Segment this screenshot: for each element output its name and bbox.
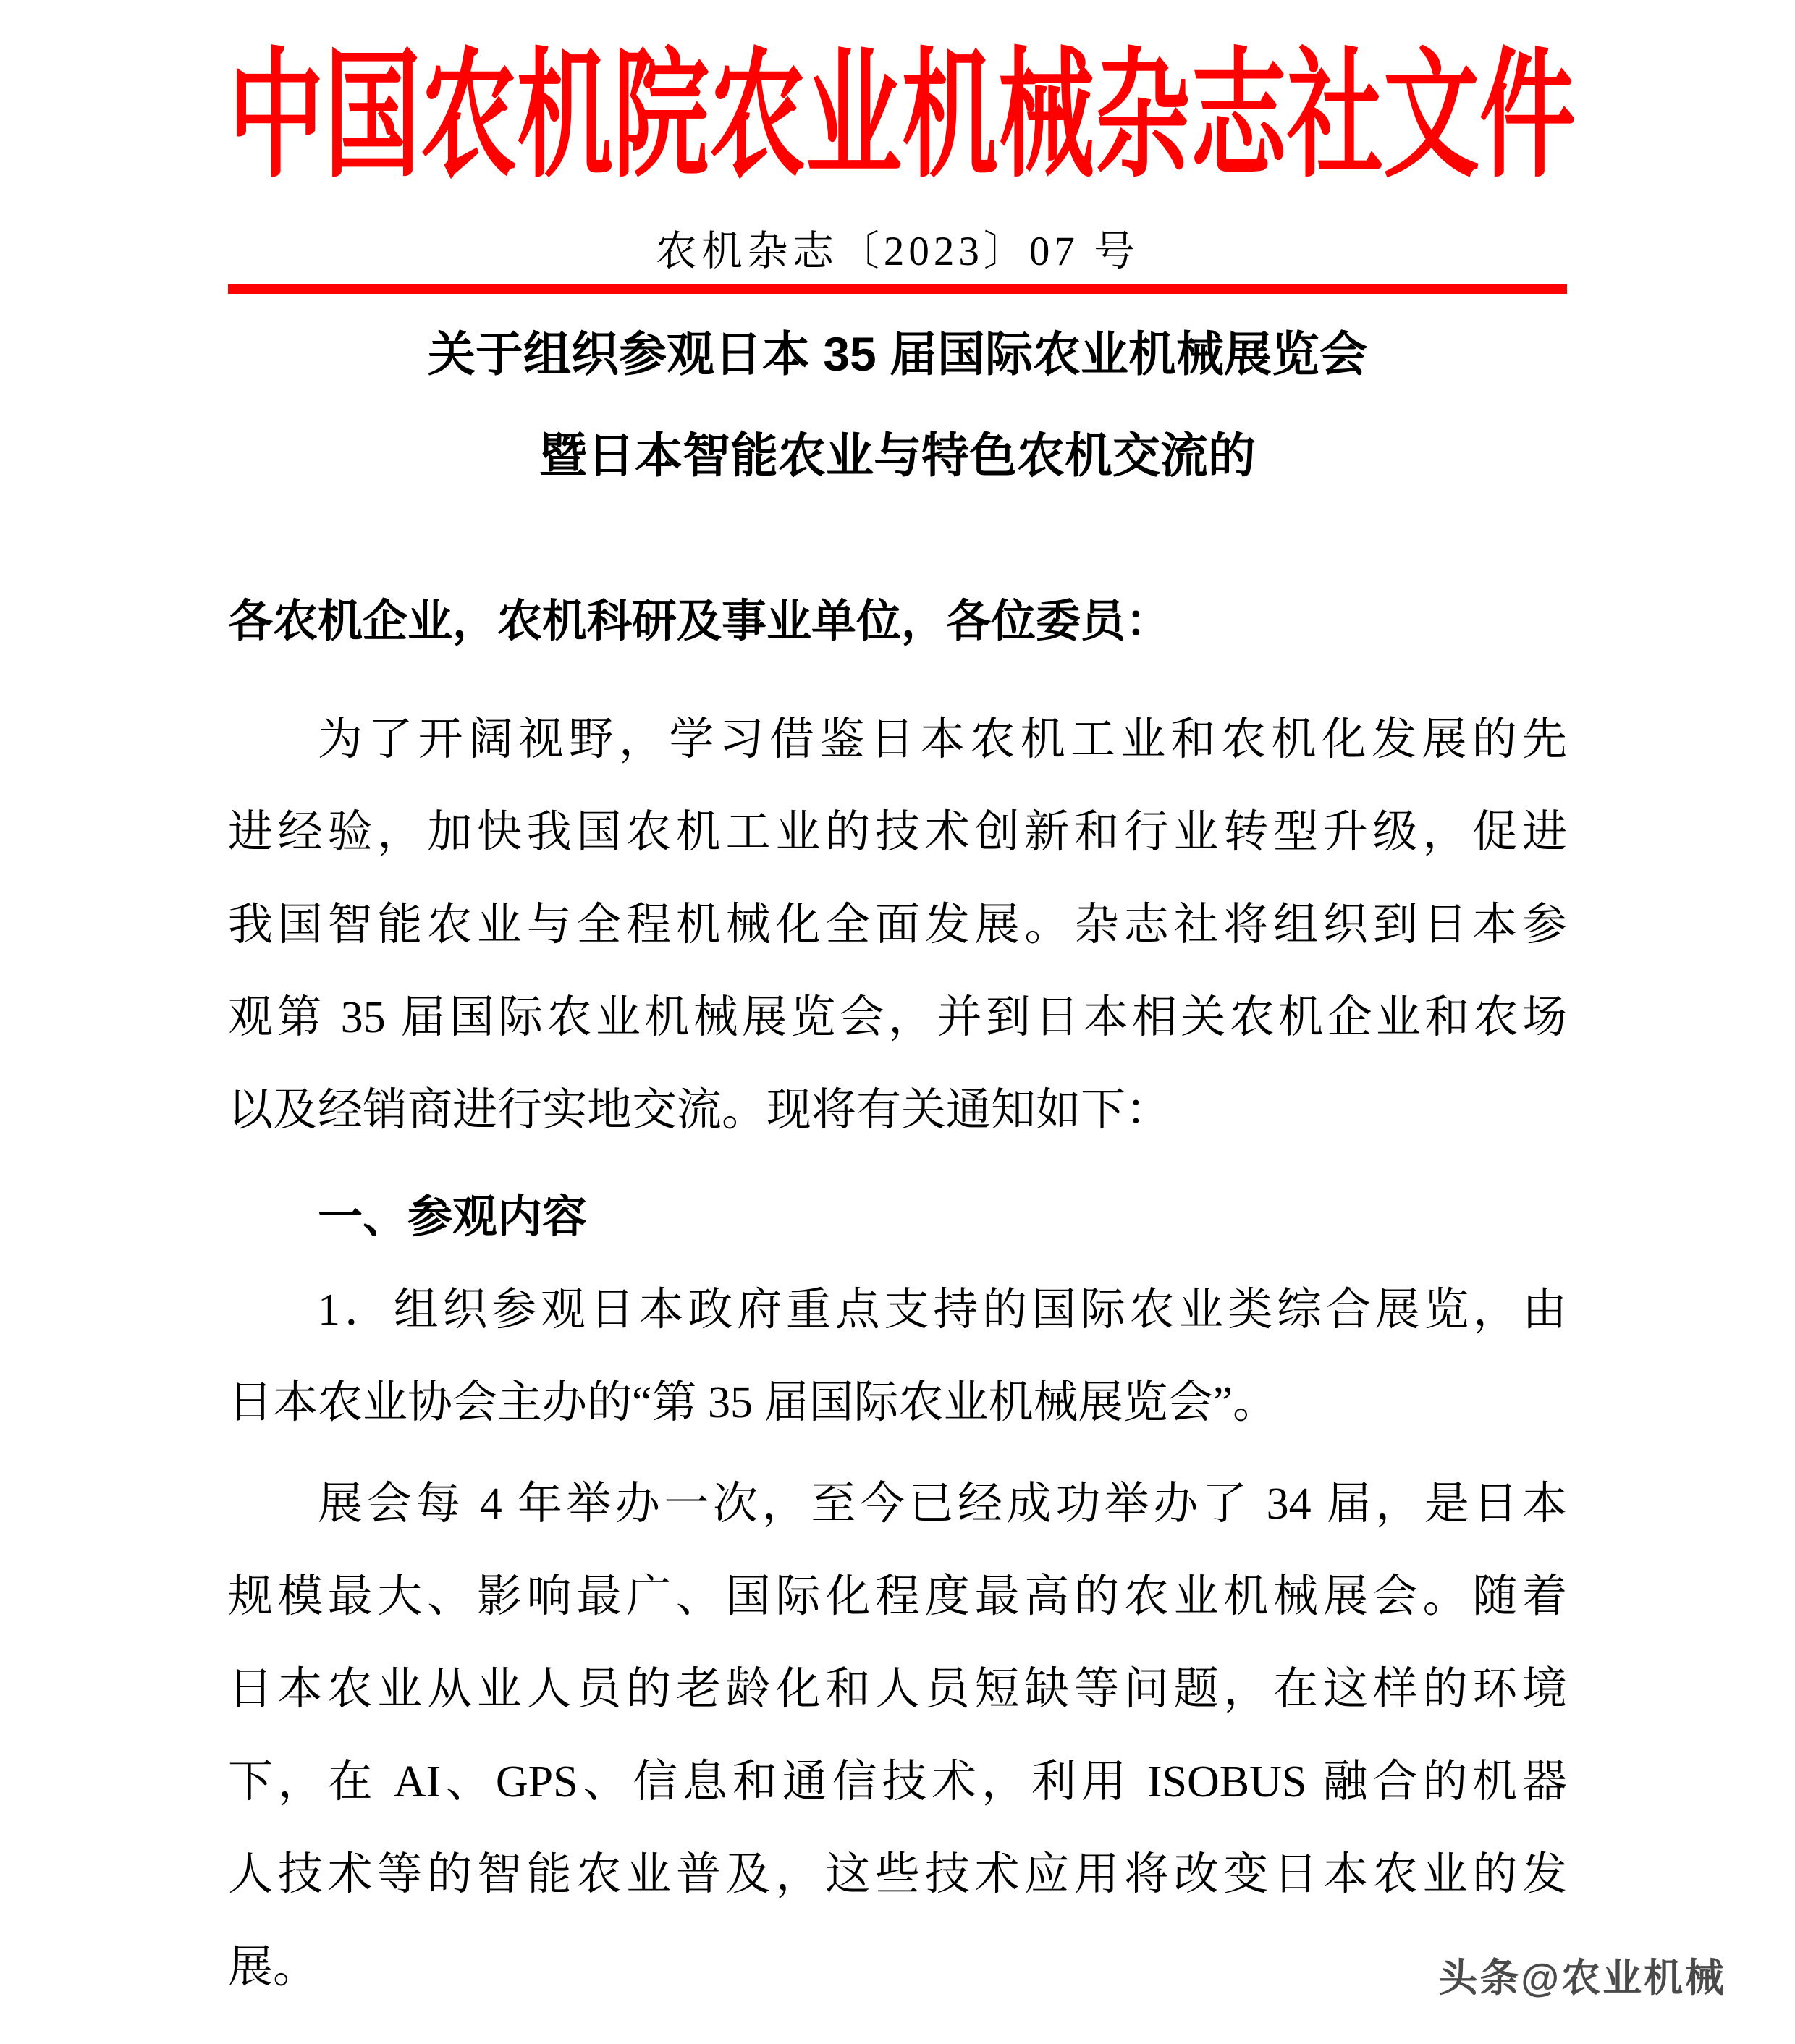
body-line: 人技术等的智能农业普及，这些技术应用将改变日本农业的发 bbox=[228, 1828, 1567, 1921]
body-line: 展会每 4 年举办一次，至今已经成功举办了 34 届，是日本 bbox=[228, 1458, 1567, 1550]
salutation: 各农机企业，农机科研及事业单位，各位委员： bbox=[228, 575, 1567, 668]
toutiao-watermark: 头条@农业机械 bbox=[1438, 1949, 1726, 2007]
document-body: 各农机企业，农机科研及事业单位，各位委员： 为了开阔视野，学习借鉴日本农机工业和… bbox=[228, 575, 1567, 2014]
body-line: 展。 bbox=[228, 1921, 1567, 2014]
body-line: 日本农业协会主办的“第 35 届国际农业机械展览会”。 bbox=[228, 1356, 1567, 1449]
document-title-line-2: 暨日本智能农业与特色农机交流的 bbox=[228, 431, 1567, 479]
letterhead-title: 中国农机院农业机械杂志社文件 bbox=[228, 69, 1567, 165]
document-page: 中国农机院农业机械杂志社文件 农机杂志〔2023〕07 号 关于组织参观日本 3… bbox=[0, 0, 1795, 2044]
letterhead-title-text: 中国农机院农业机械杂志社文件 bbox=[228, 47, 1576, 187]
body-line: 进经验，加快我国农机工业的技术创新和行业转型升级，促进 bbox=[228, 786, 1567, 879]
document-title-line-1: 关于组织参观日本 35 届国际农业机械展览会 bbox=[228, 330, 1567, 378]
document-content: 中国农机院农业机械杂志社文件 农机杂志〔2023〕07 号 关于组织参观日本 3… bbox=[0, 69, 1795, 2014]
body-line: 我国智能农业与全程机械化全面发展。杂志社将组织到日本参 bbox=[228, 879, 1567, 971]
red-divider-rule bbox=[228, 284, 1567, 294]
body-line: 以及经销商进行实地交流。现将有关通知如下： bbox=[228, 1064, 1567, 1157]
body-line: 1．组织参观日本政府重点支持的国际农业类综合展览，由 bbox=[228, 1264, 1567, 1356]
body-line: 观第 35 届国际农业机械展览会，并到日本相关农机企业和农场 bbox=[228, 971, 1567, 1064]
document-number: 农机杂志〔2023〕07 号 bbox=[228, 230, 1567, 274]
body-line: 日本农业从业人员的老龄化和人员短缺等问题，在这样的环境 bbox=[228, 1643, 1567, 1736]
body-line: 规模最大、影响最广、国际化程度最高的农业机械展会。随着 bbox=[228, 1550, 1567, 1643]
body-line: 下，在 AI、GPS、信息和通信技术，利用 ISOBUS 融合的机器 bbox=[228, 1736, 1567, 1828]
section-heading: 一、参观内容 bbox=[228, 1171, 1567, 1264]
body-line: 为了开阔视野，学习借鉴日本农机工业和农机化发展的先 bbox=[228, 693, 1567, 786]
